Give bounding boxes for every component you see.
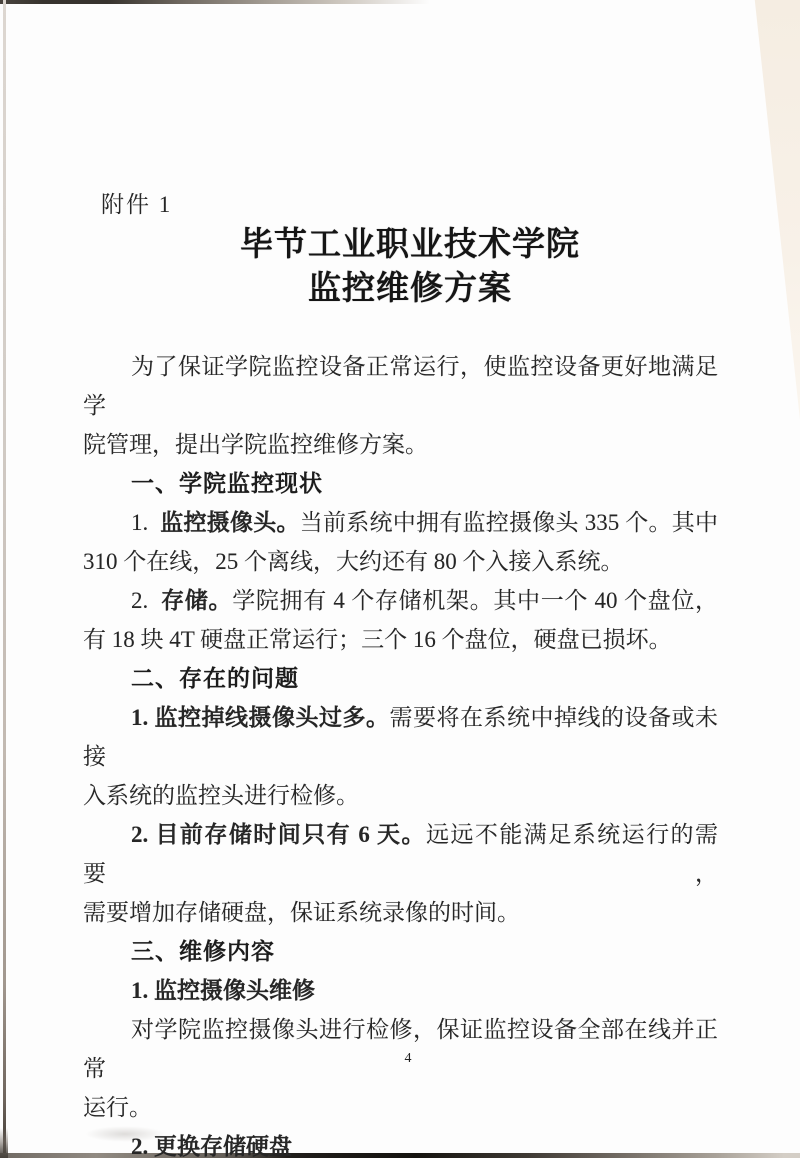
item-camera-line-2: 310 个在线，25 个离线，大约还有 80 个入接入系统。 [83, 542, 718, 581]
text-segment: 学院拥有 4 个存储机架。其中一个 40 个盘位， [232, 588, 718, 613]
scan-artifact-corner-fold [722, 0, 800, 420]
problem-2-line-1: 2. 目前存储时间只有 6 天。远远不能满足系统运行的需要， [83, 815, 718, 893]
bold-text-segment: 2. 更换存储硬盘 [131, 1134, 292, 1158]
repair-2-heading: 2. 更换存储硬盘 [83, 1127, 718, 1158]
scan-artifact-bottom-left-corner [0, 1128, 8, 1158]
bold-text-segment: 1. 监控摄像头维修 [131, 978, 315, 1003]
text-segment: 2. [131, 588, 161, 613]
intro-line-1: 为了保证学院监控设备正常运行，使监控设备更好地满足学 [83, 347, 718, 425]
document-title-line1: 毕节工业职业技术学院 [90, 218, 730, 265]
text-segment: 有 18 块 4T 硬盘正常运行；三个 16 个盘位，硬盘已损坏。 [83, 627, 672, 652]
document-body: 为了保证学院监控设备正常运行，使监控设备更好地满足学院管理，提出学院监控维修方案… [83, 347, 718, 1158]
text-segment: 对学院监控摄像头进行检修，保证监控设备全部在线并正常 [83, 1017, 718, 1081]
bold-text-segment: 存储。 [161, 588, 232, 613]
item-camera-line-1: 1. 监控摄像头。当前系统中拥有监控摄像头 335 个。其中 [83, 503, 718, 542]
text-segment: 院管理，提出学院监控维修方案。 [83, 432, 428, 457]
heading-section-1: 一、学院监控现状 [83, 464, 718, 503]
heading-section-2: 二、存在的问题 [83, 659, 718, 698]
problem-2-line-2: 需要增加存储硬盘，保证系统录像的时间。 [83, 893, 718, 932]
text-segment: 入系统的监控头进行检修。 [83, 783, 359, 808]
text-segment: 需要增加存储硬盘，保证系统录像的时间。 [83, 900, 520, 925]
bold-text-segment: 1. 监控掉线摄像头过多。 [131, 705, 390, 730]
item-storage-line-1: 2. 存储。学院拥有 4 个存储机架。其中一个 40 个盘位， [83, 581, 718, 620]
intro-line-2: 院管理，提出学院监控维修方案。 [83, 425, 718, 464]
problem-1-line-1: 1. 监控掉线摄像头过多。需要将在系统中掉线的设备或未接 [83, 698, 718, 776]
bold-text-segment: 三、维修内容 [131, 938, 275, 964]
text-segment: 当前系统中拥有监控摄像头 335 个。其中 [300, 510, 718, 535]
bold-text-segment: 2. 目前存储时间只有 6 天。 [131, 822, 426, 847]
document-title-line2: 监控维修方案 [90, 262, 730, 309]
scan-artifact-top-edge [0, 0, 430, 4]
bold-text-segment: 一、学院监控现状 [131, 470, 323, 496]
text-segment: 310 个在线，25 个离线，大约还有 80 个入接入系统。 [83, 549, 624, 574]
item-storage-line-2: 有 18 块 4T 硬盘正常运行；三个 16 个盘位，硬盘已损坏。 [83, 620, 718, 659]
bold-text-segment: 监控摄像头。 [160, 510, 300, 535]
text-segment: 1. [131, 510, 160, 535]
attachment-label: 附件 1 [101, 186, 172, 219]
repair-1-line-1: 对学院监控摄像头进行检修，保证监控设备全部在线并正常 [83, 1010, 718, 1088]
document-page: 附件 1 毕节工业职业技术学院 监控维修方案 为了保证学院监控设备正常运行，使监… [0, 0, 800, 1158]
text-segment: 为了保证学院监控设备正常运行，使监控设备更好地满足学 [83, 354, 718, 418]
heading-section-3: 三、维修内容 [83, 932, 718, 971]
repair-1-heading: 1. 监控摄像头维修 [83, 971, 718, 1010]
text-segment: 运行。 [83, 1095, 152, 1120]
page-number: 4 [0, 1051, 800, 1067]
problem-1-line-2: 入系统的监控头进行检修。 [83, 776, 718, 815]
scan-artifact-left-edge [3, 0, 6, 1158]
repair-1-line-2: 运行。 [83, 1088, 718, 1127]
bold-text-segment: 二、存在的问题 [131, 665, 299, 691]
